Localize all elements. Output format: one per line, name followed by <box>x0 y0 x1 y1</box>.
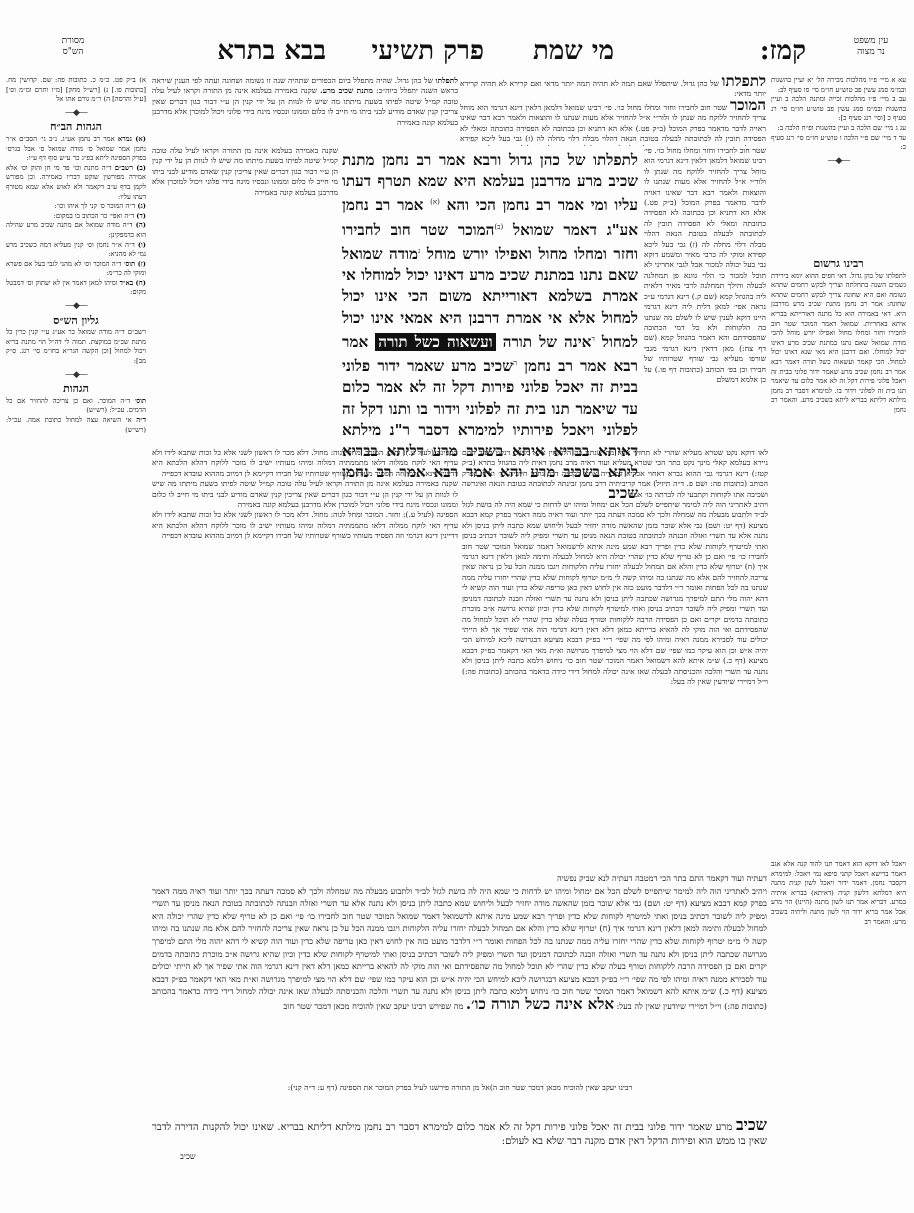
ein-mishpat-label-line2: נר מצוה <box>836 47 906 58</box>
rabbeinu-gershom-text: לתפלתו של כהן גדול. דאי חפים ההוא יומא ב… <box>771 272 906 416</box>
ornament-divider: —◆— <box>6 109 146 119</box>
entry-label: ד״ה <box>136 416 146 424</box>
entry-text: ד״ה מודה שמואל אם מתנה שכיב מרע שהילה הו… <box>6 221 146 239</box>
rashbam-side: שקנה באמירה בעלמא אינה מן התורה וקראו לע… <box>152 146 338 446</box>
masoret-label-line1: מסורת <box>38 36 108 47</box>
closing-text: דעתיה ועוד דקאמר התם בתר הכי דמטבה דעתיה… <box>557 873 767 883</box>
catchword: שכיב <box>180 1152 196 1161</box>
hagahot-entry: תוס׳ ד״ה המוכר. ואם כן צריכה להחזיר אם כ… <box>6 397 146 416</box>
tosafot-long-paragraph: ויהיב לאתריני הוה ליה למימר שיתפייס לשלם… <box>152 885 767 1013</box>
rashbam-continuation: שקנה באמירה בעלמא אינה מן התורה וקראו לע… <box>152 146 338 198</box>
entry-label: (ד) <box>136 212 146 220</box>
hagahot-bach-entry: (ז) תוס׳ ד״ה המוכר וס׳ לא מהני לגבי בעל … <box>6 260 146 279</box>
dibbur-hamatchil: המוכר <box>730 96 766 114</box>
gilyon-hashas-text: רשב״ם ד״ה מודה שמואל כר אע״ג ע״י קנין כר… <box>6 328 146 366</box>
rashbam-lower-cont2: הספינה (לעיל ע.): וחזר. המוכר ומחל לגוה:… <box>152 510 458 541</box>
rabbeinu-gershom-column: רבינו גרשום לתפלתו של כהן גדול. דאי חפים… <box>771 256 906 796</box>
rashbam-top: לתפלתו של כהן גדול. שהיה מתפלל ביום הכפו… <box>152 76 458 146</box>
entry-label: (ג) <box>137 202 146 210</box>
hagahot-bach-entry: (ד) ד״ה ואפי׳ כר הכתוב בו במקום: <box>6 212 146 222</box>
hagahot-bach-entry: (ה) ד״ה מודה שמואל אם מתנה שכיב מרע שהיל… <box>6 221 146 240</box>
footnote-marker: (ב) <box>494 223 503 231</box>
ornament-divider: —◆— <box>771 157 906 167</box>
hagahot-bach-entry: (ב) רשב״ם ד״ה מתנת וכו׳ פד מי חן והוק וס… <box>6 164 146 202</box>
rabbeinu-gershom-title: רבינו גרשום <box>771 259 906 269</box>
dibbur-hamatchil: אלא אינה כשל תורה כו׳. <box>466 995 614 1013</box>
entry-text: ד״ה א״ר נחמן וס׳ קנין מעליא דמה כשכיב מר… <box>6 241 146 259</box>
reference-line: רבינו יעקב שאין להוכיח מכאן דמכר שטר חוב… <box>160 1083 760 1092</box>
ein-mishpat-entry: עב ב מיי׳ פ״ו מהלכות זכייה ומתנה הלכה ב … <box>771 95 906 124</box>
page-header: עין משפט נר מצוה קמז: מי שמת פרק תשיעי ב… <box>0 36 914 70</box>
tosafot-long-text: ויהיב לאתריני הוה ליה למימר שיתפייס לשלם… <box>152 886 767 1011</box>
entry-text: אי השיאה עצה למחול כתובת אמה. עכ״ל: (רש״… <box>6 416 146 434</box>
dibbur-hamatchil: שכיב <box>736 1115 767 1134</box>
ein-mishpat-label: עין משפט נר מצוה <box>836 36 906 58</box>
dibbur-hamatchil: לתפלתו <box>722 76 766 90</box>
tosafot-entry: המוכר שטר חוב לחבירו וחזר ומחלו מחול כו׳… <box>460 100 766 146</box>
footnote-marker: ה <box>513 359 517 367</box>
entry-text: ד״ה ואפי׳ כר הכתוב בו במקום: <box>54 212 135 220</box>
masoret-text: א) ב״ק פט. כ״מ כ. כתובות פה: שם. קדושין … <box>6 76 146 105</box>
perek-label: פרק תשיעי <box>372 36 485 66</box>
entry-label: תוס׳ <box>135 397 146 405</box>
hagahot-bach-entry: (ו) ד״ה א״ר נחמן וס׳ קנין מעליא דמה כשכי… <box>6 241 146 260</box>
footnote-marker: (א) <box>430 198 440 206</box>
entry-label: (ב) רשב״ם <box>115 164 146 172</box>
hagahot-bach-entry: (ג) ד״ה המוכר ס׳ קני לך איהו וכו׳: <box>6 202 146 212</box>
bottom-text: מרע שאמר ידור פלוני בבית זה יאכל פלוני פ… <box>152 1122 767 1147</box>
ein-mishpat-column: עא א מיי׳ פ״ו מהלכות מכירה הל׳ יא ועיין … <box>771 76 906 254</box>
tosafot-lower: לאו דוקא נקט שטרא מעליא שהרי לא תחזיר אל… <box>462 448 768 873</box>
rashbam-closing: דעתיה ועוד דקאמר התם בתר הכי דמטבה דעתיה… <box>152 872 767 885</box>
rashbam-lower: הספינה (לעיל ע.): וחזר. המוכר ומחל לגוה:… <box>152 448 458 873</box>
entry-label: (ז) תוס׳ <box>124 260 146 268</box>
tractate-title: בבא בתרא <box>217 36 326 66</box>
gilyon-hashas-title: גליון הש״ס <box>6 316 146 326</box>
hagahot-bach-title: הגהות הב״ח <box>6 122 146 132</box>
entry-label: (ה) <box>136 221 146 229</box>
ornament-divider: —◆— <box>6 371 146 381</box>
rashi-right-column: ויאכל לאו דוקא הוא דאמר תנו להוד קנה אלא… <box>771 860 906 980</box>
tosafot-text: שטר חוב לחבירו וחזר ומחלו מחול כו׳. פי׳ … <box>460 103 766 146</box>
footnote-marker: ג <box>418 247 420 255</box>
masoret-column: א) ב״ק פט. כ״מ כ. כתובות פה: שם. קדושין … <box>6 76 146 836</box>
ein-mishpat-entry: עג ג מיי׳ שם הלכה ב ועיין בהשגות ופ״ח הל… <box>771 124 906 134</box>
chapter-title: מי שמת <box>533 36 614 66</box>
tosafot-lower-cont: ויהיב לאתריני הוה ליה למימר שיתפייס לשלם… <box>462 500 768 687</box>
tosafot-tail: מה שפירש רבינו יעקב שאין להוכיח מכאן דמכ… <box>283 1001 463 1011</box>
ein-mishpat-entry: עד ד מיי׳ שם פ״י הלכה ו טוש״ע חו״מ סי׳ ר… <box>771 134 906 153</box>
tosafot-full-width: דעתיה ועוד דקאמר התם בתר הכי דמטבה דעתיה… <box>152 872 767 1080</box>
highlighted-phrase[interactable]: ועשאוה כשל תורה <box>375 333 495 351</box>
daf-number: קמז: <box>760 36 806 66</box>
footnote-marker: ד <box>591 335 594 343</box>
gemara-text-block: לתפלתו של כהן גדול ורבא אמר רב נחמן מתנת… <box>342 150 638 505</box>
hagahot-bach-entry: (ח) בא״ד ומיהו למאן דאמר אין לא יעתוק וס… <box>6 279 146 298</box>
dibbur-hamatchil: מתנת שכיב מרע. <box>320 86 373 95</box>
entry-label: (ו) <box>138 241 146 249</box>
bottom-rashbam: שכיב מרע שאמר ידור פלוני בבית זה יאכל פל… <box>152 1118 767 1149</box>
dibbur-hamatchil: לתפלתו <box>436 76 458 85</box>
entry-text: ד״ה המוכר ס׳ קני לך איהו וכו׳: <box>54 202 135 210</box>
tosafot-entry: לתפלתו של כהן גדול. שיתפלל שאם תמה לא תה… <box>460 76 766 100</box>
masoret-label: מסורת הש"ס <box>38 36 108 58</box>
rashi-right-text: ויאכל לאו דוקא הוא דאמר תנו להוד קנה אלא… <box>771 860 906 927</box>
entry-label: (ח) בא״ד <box>120 279 146 287</box>
tosafot-side: שטר חוב לחבירו וחזר ומחלו מחול כו׳. פי׳ … <box>644 146 766 446</box>
ein-mishpat-entry: עא א מיי׳ פ״ו מהלכות מכירה הל׳ יא ועיין … <box>771 76 906 95</box>
hagahot-entry: ד״ה אי השיאה עצה למחול כתובת אמה. עכ״ל: … <box>6 416 146 435</box>
ornament-divider: —◆— <box>6 302 146 312</box>
gemara-text: אינה של תורה <box>503 333 592 351</box>
tosafot-top: לתפלתו של כהן גדול. שיתפלל שאם תמה לא תה… <box>460 76 766 146</box>
entry-label: (א) גמרא <box>118 135 146 143</box>
ein-mishpat-label-line1: עין משפט <box>836 36 906 47</box>
rashbam-entry: לתפלתו של כהן גדול. שהיה מתפלל ביום הכפו… <box>152 76 458 128</box>
gemara-text: שכיב מרע שאמר ידור פלוני בבית זה יאכל פל… <box>342 357 638 502</box>
entry-text: ד״ה המוכר. ואם כן צריכה להחזיר אם כל הדמ… <box>6 397 146 415</box>
masoret-label-line2: הש"ס <box>38 47 108 58</box>
tosafot-text: של כהן גדול. שיתפלל שאם תמה לא תהיה תמה … <box>460 79 766 98</box>
hagahot-bach-entry: (א) גמרא אמר רב נחמן אע״ג. נ״ב גי׳ הסב״ם… <box>6 135 146 164</box>
tosafot-continuation: שטר חוב לחבירו וחזר ומחלו מחול כו׳. פי׳ … <box>644 146 766 385</box>
hagahot-title: הגהות <box>6 384 146 394</box>
